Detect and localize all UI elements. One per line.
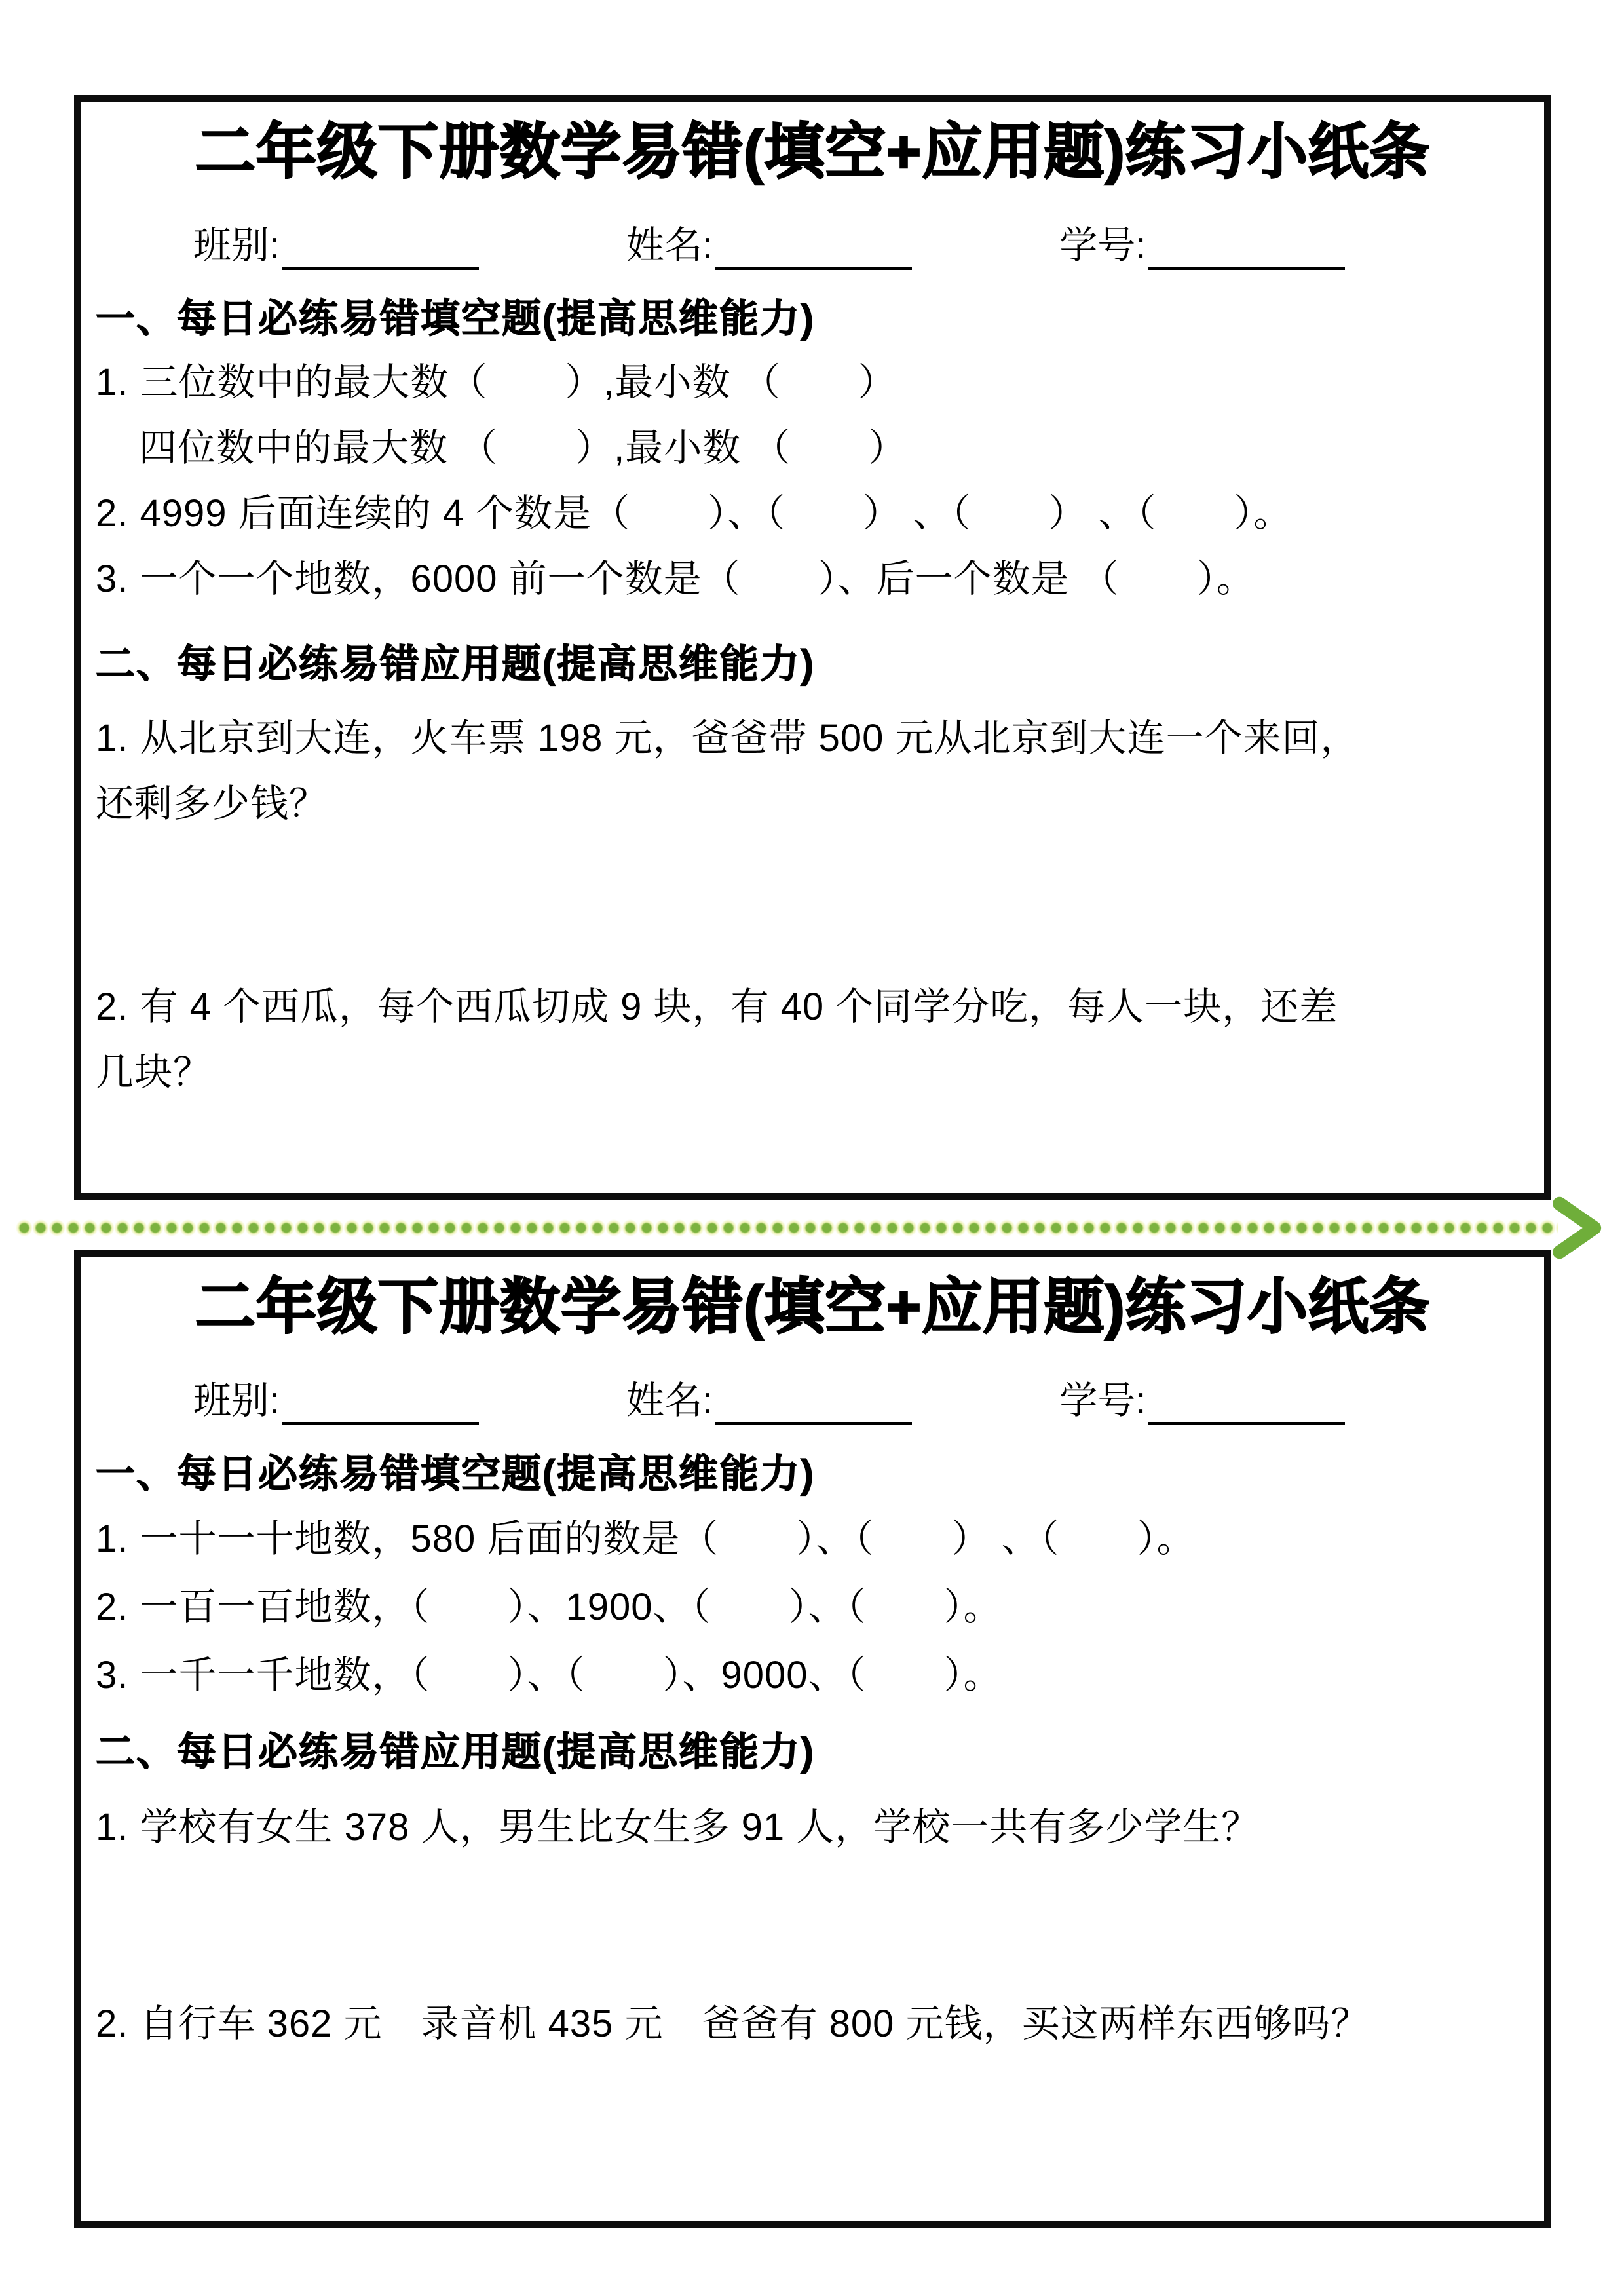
question-line: 2. 有 4 个西瓜，每个西瓜切成 9 块，有 40 个同学分吃，每人一块，还差	[96, 974, 1518, 1040]
question-line: 2. 一百一百地数，（ ）、1900、（ ）、（ ）。	[96, 1573, 1518, 1641]
blank-line	[1148, 227, 1345, 270]
field-student-id: 学号:	[1059, 1377, 1345, 1425]
word-problem-1: 1. 从北京到大连，火车票 198 元，爸爸带 500 元从北京到大连一个来回，…	[81, 706, 1544, 837]
section-heading-fill-blanks: 一、每日必练易错填空题(提高思维能力)	[81, 297, 1544, 341]
field-name: 姓名:	[626, 1377, 912, 1425]
section-heading-word-problems: 二、每日必练易错应用题(提高思维能力)	[81, 1731, 1544, 1774]
blank-line	[1148, 1382, 1345, 1425]
blank-line	[715, 227, 912, 270]
worksheet-card-top: 二年级下册数学易错(填空+应用题)练习小纸条 班别: 姓名: 学号: 一、每日必…	[74, 95, 1551, 1200]
field-label: 学号:	[1059, 222, 1146, 270]
chevron-right-icon	[1549, 1196, 1606, 1259]
question-line: 3. 一千一千地数，（ ）、（ ）、9000、（ ）。	[96, 1641, 1518, 1710]
question-line: 几块？	[96, 1040, 1518, 1105]
fill-blank-questions: 1. 一十一十地数，580 后面的数是（ ）、（ ） 、（ ）。 2. 一百一百…	[81, 1505, 1544, 1710]
question-line: 1. 三位数中的最大数（ ）,最小数 （ ）	[96, 350, 1518, 415]
student-info-row: 班别: 姓名: 学号:	[81, 222, 1544, 270]
worksheet-page: 二年级下册数学易错(填空+应用题)练习小纸条 班别: 姓名: 学号: 一、每日必…	[0, 0, 1624, 2296]
worksheet-card-bottom: 二年级下册数学易错(填空+应用题)练习小纸条 班别: 姓名: 学号: 一、每日必…	[74, 1250, 1551, 2228]
word-problem-2: 2. 自行车 362 元 录音机 435 元 爸爸有 800 元钱，买这两样东西…	[81, 1991, 1544, 2057]
field-label: 姓名:	[626, 222, 713, 270]
blank-line	[715, 1382, 912, 1425]
word-problem-2: 2. 有 4 个西瓜，每个西瓜切成 9 块，有 40 个同学分吃，每人一块，还差…	[81, 974, 1544, 1105]
blank-line	[282, 1382, 479, 1425]
field-label: 班别:	[193, 222, 280, 270]
page-title: 二年级下册数学易错(填空+应用题)练习小纸条	[81, 119, 1544, 185]
fill-blank-questions: 1. 三位数中的最大数（ ）,最小数 （ ） 四位数中的最大数 （ ）,最小数 …	[81, 350, 1544, 612]
question-line: 1. 学校有女生 378 人，男生比女生多 91 人，学校一共有多少学生？	[96, 1795, 1518, 1860]
cut-line-divider	[16, 1211, 1606, 1245]
question-line: 四位数中的最大数 （ ）,最小数 （ ）	[96, 415, 1518, 481]
question-line: 1. 一十一十地数，580 后面的数是（ ）、（ ） 、（ ）。	[96, 1505, 1518, 1573]
blank-line	[282, 227, 479, 270]
question-line: 3. 一个一个地数，6000 前一个数是（ ）、后一个数是 （ ）。	[96, 546, 1518, 612]
page-title: 二年级下册数学易错(填空+应用题)练习小纸条	[81, 1274, 1544, 1341]
field-class: 班别:	[193, 222, 479, 270]
question-line: 2. 自行车 362 元 录音机 435 元 爸爸有 800 元钱，买这两样东西…	[96, 1991, 1518, 2057]
section-heading-fill-blanks: 一、每日必练易错填空题(提高思维能力)	[81, 1453, 1544, 1496]
section-heading-word-problems: 二、每日必练易错应用题(提高思维能力)	[81, 643, 1544, 686]
student-info-row: 班别: 姓名: 学号:	[81, 1377, 1544, 1425]
word-problem-1: 1. 学校有女生 378 人，男生比女生多 91 人，学校一共有多少学生？	[81, 1795, 1544, 1860]
question-line: 2. 4999 后面连续的 4 个数是（ ）、（ ） 、（ ） 、（ ）。	[96, 481, 1518, 546]
field-student-id: 学号:	[1059, 222, 1345, 270]
dotted-line	[16, 1215, 1558, 1241]
field-label: 班别:	[193, 1377, 280, 1425]
question-line: 还剩多少钱？	[96, 771, 1518, 837]
field-label: 学号:	[1059, 1377, 1146, 1425]
field-name: 姓名:	[626, 222, 912, 270]
field-class: 班别:	[193, 1377, 479, 1425]
field-label: 姓名:	[626, 1377, 713, 1425]
question-line: 1. 从北京到大连，火车票 198 元，爸爸带 500 元从北京到大连一个来回，	[96, 706, 1518, 771]
